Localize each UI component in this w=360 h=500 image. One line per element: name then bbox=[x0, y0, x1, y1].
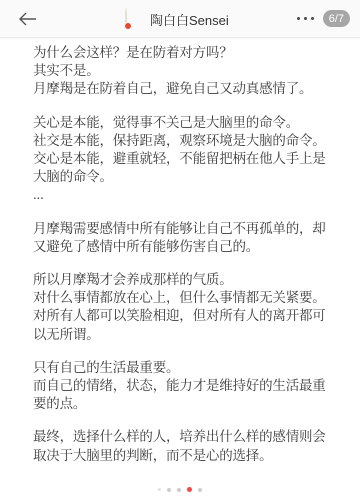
paragraph: 最终，选择什么样的人，培养出什么样的感情则会取决于大脑里的判断，而不是心的选择。 bbox=[33, 428, 334, 464]
text-line: 关心是本能，觉得事不关己是大脑里的命令。 bbox=[33, 114, 334, 132]
text-line: 月摩羯需要感情中所有能够让自己不再孤单的，却 bbox=[33, 220, 334, 238]
pagination-dots bbox=[0, 487, 360, 492]
paragraph: 为什么会这样？是在防着对方吗？其实不是。月摩羯是在防着自己，避免自己又动真感情了… bbox=[33, 44, 334, 99]
text-line: 最终，选择什么样的人，培养出什么样的感情则会 bbox=[33, 428, 334, 446]
app-header: 陶白白Sensei 6/7 bbox=[0, 0, 360, 38]
user-name[interactable]: 陶白白Sensei bbox=[150, 10, 229, 29]
header-right: 6/7 bbox=[295, 10, 350, 27]
text-line: 对所有人都可以笑脸相迎，但对所有人的离开都可 bbox=[33, 307, 334, 325]
pagination-dot bbox=[158, 488, 161, 491]
avatar[interactable] bbox=[125, 9, 145, 29]
text-line: 又避免了感情中所有能够伤害自己的。 bbox=[33, 238, 334, 256]
text-line: 对什么事情都放在心上，但什么事情都无关紧要。 bbox=[33, 289, 334, 307]
text-line: 大脑的命令。 bbox=[33, 168, 334, 186]
text-line: 要的点。 bbox=[33, 395, 334, 413]
text-line: 取决于大脑里的判断，而不是心的选择。 bbox=[33, 447, 334, 465]
text-line: 月摩羯是在防着自己，避免自己又动真感情了。 bbox=[33, 80, 334, 98]
pagination-dot-active bbox=[187, 487, 192, 492]
text-line: 其实不是。 bbox=[33, 62, 334, 80]
pagination-dot bbox=[167, 488, 171, 492]
text-line: 以无所谓。 bbox=[33, 326, 334, 344]
text-line: 而自己的情绪，状态，能力才是维持好的生活最重 bbox=[33, 377, 334, 395]
verified-badge-icon bbox=[124, 22, 132, 30]
paragraph: 只有自己的生活最重要。而自己的情绪，状态，能力才是维持好的生活最重要的点。 bbox=[33, 359, 334, 414]
text-line: 只有自己的生活最重要。 bbox=[33, 359, 334, 377]
paragraph: 所以月摩羯才会养成那样的气质。对什么事情都放在心上，但什么事情都无关紧要。对所有… bbox=[33, 271, 334, 344]
text-line: 所以月摩羯才会养成那样的气质。 bbox=[33, 271, 334, 289]
text-line: 交心是本能，避重就轻，不能留把柄在他人手上是 bbox=[33, 150, 334, 168]
more-menu-icon[interactable] bbox=[295, 13, 316, 24]
back-arrow-icon bbox=[18, 12, 37, 26]
pagination-dot bbox=[177, 488, 181, 492]
back-button[interactable] bbox=[10, 4, 44, 34]
article-content: 为什么会这样？是在防着对方吗？其实不是。月摩羯是在防着自己，避免自己又动真感情了… bbox=[0, 38, 360, 465]
text-line: ... bbox=[33, 186, 334, 204]
text-line: 为什么会这样？是在防着对方吗？ bbox=[33, 44, 334, 62]
pagination-dot bbox=[198, 488, 202, 492]
paragraph: 月摩羯需要感情中所有能够让自己不再孤单的，却又避免了感情中所有能够伤害自己的。 bbox=[33, 220, 334, 256]
user-info[interactable]: 陶白白Sensei bbox=[125, 0, 229, 38]
text-line: 社交是本能，保持距离，观察环境是大脑的命令。 bbox=[33, 132, 334, 150]
paragraph: 关心是本能，觉得事不关己是大脑里的命令。社交是本能，保持距离，观察环境是大脑的命… bbox=[33, 114, 334, 205]
page-counter-badge: 6/7 bbox=[323, 10, 350, 27]
